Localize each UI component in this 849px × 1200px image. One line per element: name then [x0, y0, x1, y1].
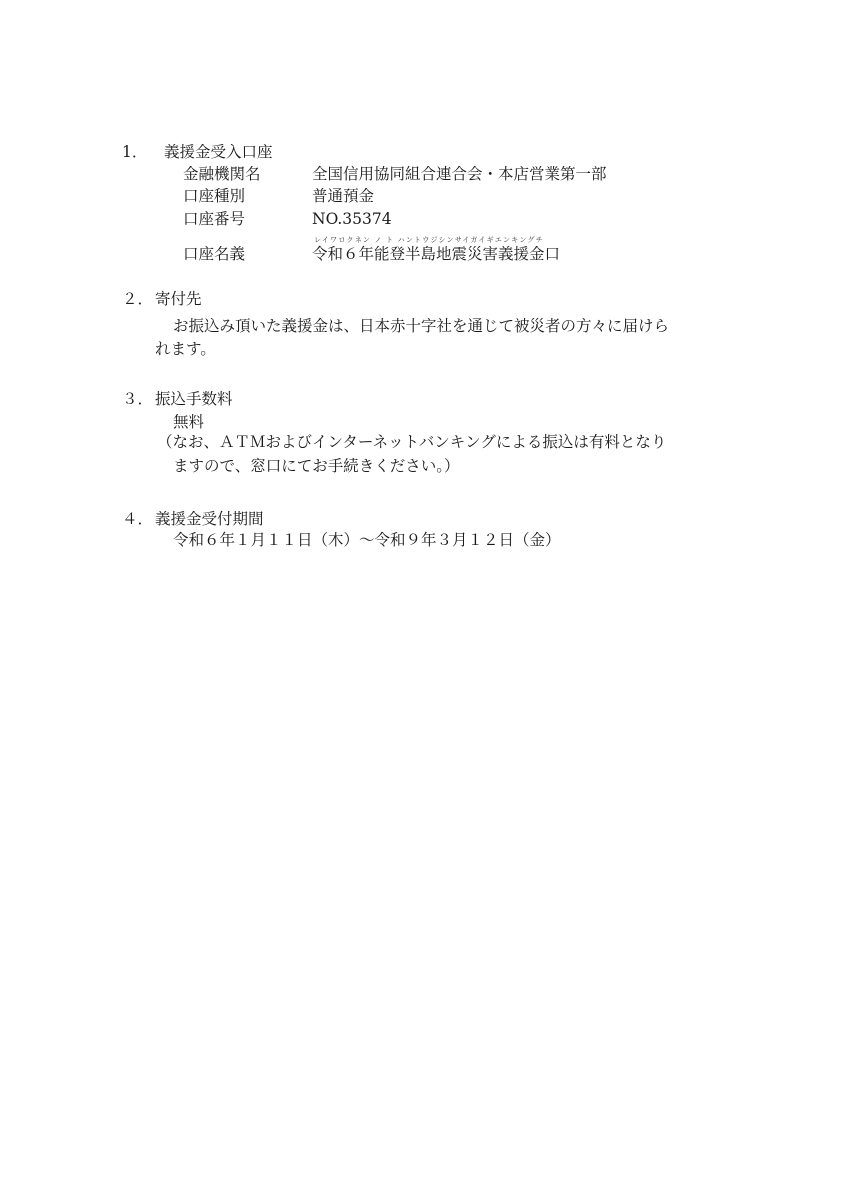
section-number: 1． — [122, 145, 147, 161]
bank-name-value: 全国信用協同組合連合会・本店営業第一部 — [312, 167, 607, 183]
fee-note-line-1: （なお、ＡＴＭおよびインターネットバンキングによる振込は有料となり — [157, 435, 666, 451]
account-type-label: 口座種別 — [183, 189, 245, 205]
account-number-label: 口座番号 — [183, 212, 245, 228]
section-title: 義援金受入口座 — [164, 145, 273, 161]
section-title: 義援金受付期間 — [155, 512, 264, 528]
account-number-value: NO.35374 — [312, 212, 392, 228]
body-line-1: お振込み頂いた義援金は、日本赤十字社を通じて被災者の方々に届けら — [173, 319, 669, 335]
account-holder-value: 令和６年能登半島地震災害義援金口 — [312, 247, 560, 263]
body-line-2: れます。 — [155, 342, 216, 358]
section-number: ２． — [122, 292, 153, 308]
section-number: ４． — [122, 512, 153, 528]
account-type-value: 普通預金 — [312, 189, 374, 205]
bank-name-label: 金融機関名 — [183, 167, 261, 183]
fee-value: 無料 — [173, 415, 204, 431]
fee-note-line-2: ますので、窓口にてお手続きください。） — [173, 459, 459, 475]
section-number: ３． — [122, 392, 153, 408]
section-title: 寄付先 — [155, 292, 202, 308]
account-holder-label: 口座名義 — [183, 247, 245, 263]
account-holder-ruby: レイワロクネン ノ ト ハントウジシンサイガイギエンキングチ — [314, 237, 544, 244]
section-title: 振込手数料 — [155, 392, 233, 408]
period-value: 令和６年１月１１日（木）～令和９年３月１２日（金） — [173, 533, 561, 549]
